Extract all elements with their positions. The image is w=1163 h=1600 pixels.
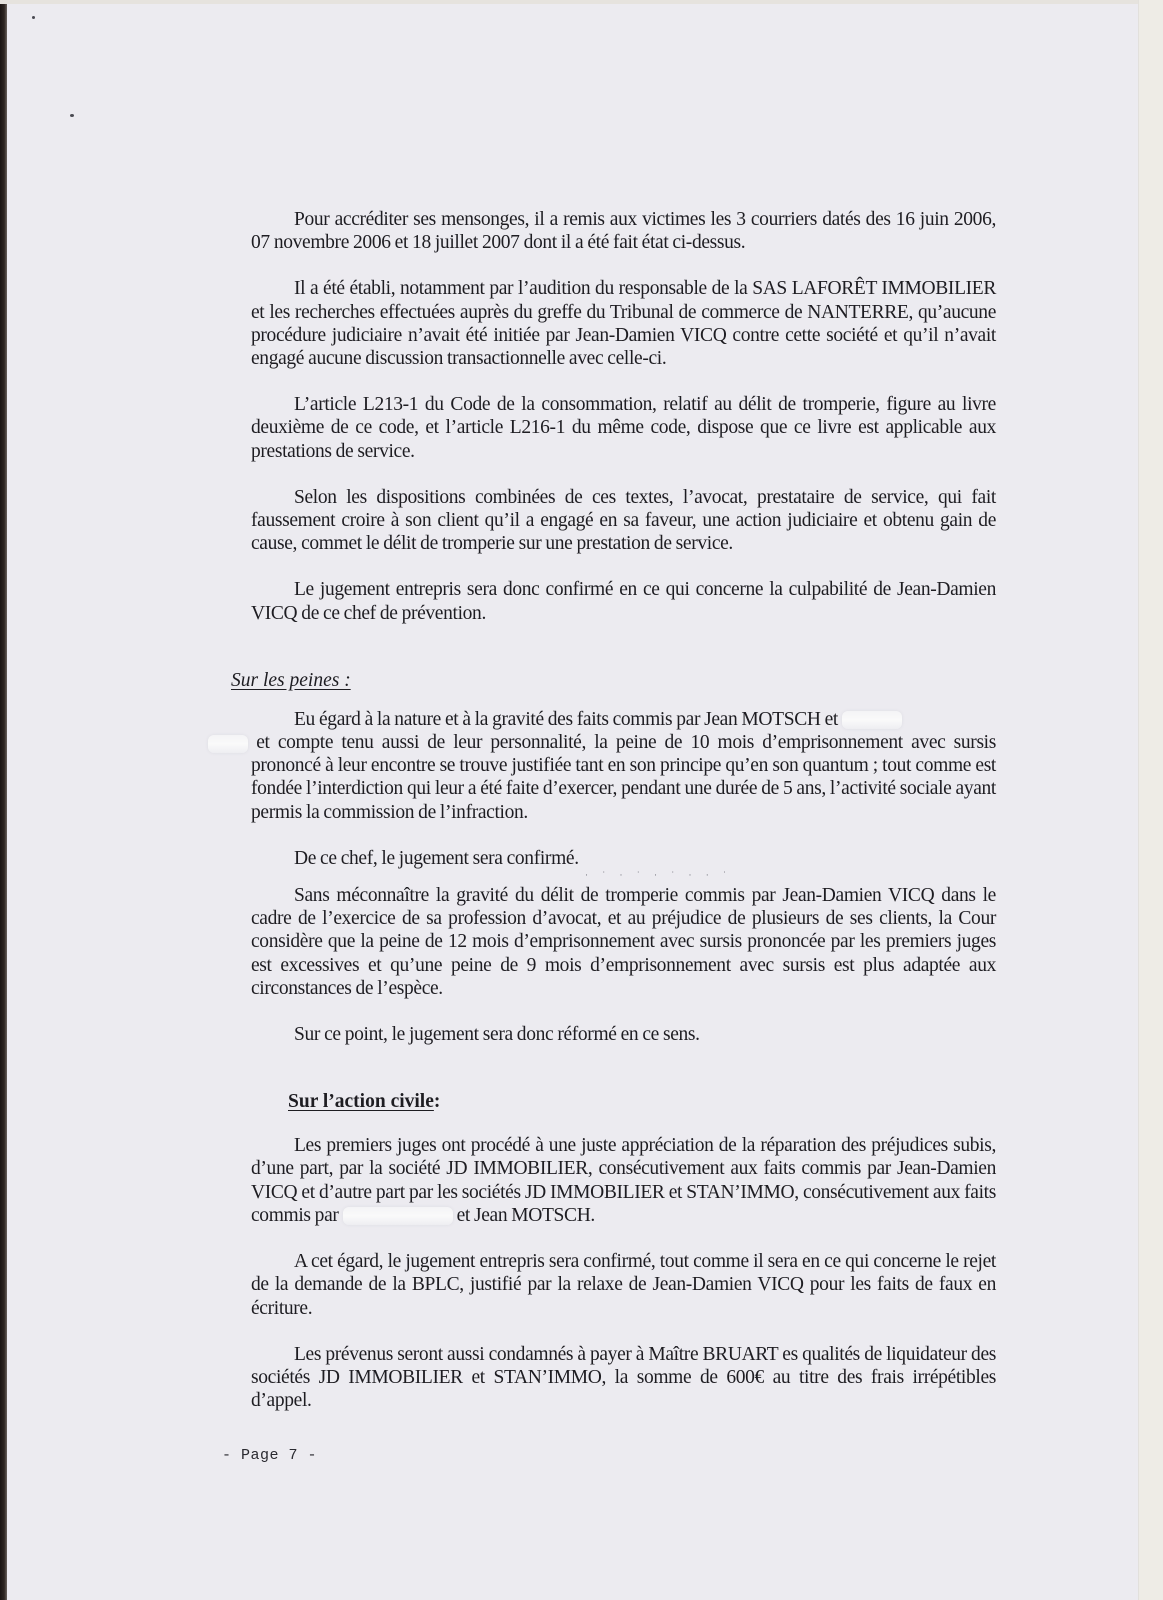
paragraph-peine-motsch-part2: et compte tenu aussi de leur personnalit… bbox=[251, 732, 996, 823]
paragraph-peine-motsch-part1: Eu égard à la nature et à la gravité des… bbox=[294, 709, 838, 730]
paragraph-culpabilite: Le jugement entrepris sera donc confirmé… bbox=[251, 578, 996, 624]
scan-speck bbox=[70, 114, 74, 117]
paragraph-prejudices-part2: et Jean MOTSCH. bbox=[457, 1205, 595, 1226]
scan-speck bbox=[32, 16, 35, 19]
document-page: Pour accréditer ses mensonges, il a remi… bbox=[251, 208, 996, 1412]
paragraph-reforme: Sur ce point, le jugement sera donc réfo… bbox=[251, 1023, 996, 1046]
paragraph-prejudices: Les premiers juges ont procédé à une jus… bbox=[251, 1134, 996, 1227]
paragraph-laforet: Il a été établi, notamment par l’auditio… bbox=[251, 277, 996, 370]
heading-colon: : bbox=[434, 1090, 441, 1113]
paragraph-courriers: Pour accréditer ses mensonges, il a remi… bbox=[251, 208, 996, 254]
section-heading-action-civile-label: Sur l’action civile bbox=[288, 1091, 434, 1112]
redacted-name bbox=[842, 711, 902, 729]
page-number: - Page 7 - bbox=[222, 1447, 317, 1464]
scan-noise: · ˙ · ˙ · ˙ · · ˙ bbox=[251, 870, 996, 884]
paragraph-peine-motsch: Eu égard à la nature et à la gravité des… bbox=[251, 708, 996, 824]
redacted-name bbox=[208, 735, 248, 753]
section-heading-action-civile: Sur l’action civile : bbox=[288, 1090, 996, 1113]
section-heading-peines: Sur les peines : bbox=[231, 669, 996, 692]
paragraph-bplc: A cet égard, le jugement entrepris sera … bbox=[251, 1250, 996, 1320]
scan-right-margin-band bbox=[1138, 0, 1163, 1600]
paragraph-dispositions: Selon les dispositions combinées de ces … bbox=[251, 486, 996, 556]
redacted-name bbox=[343, 1207, 453, 1225]
paragraph-article-l213: L’article L213-1 du Code de la consommat… bbox=[251, 393, 996, 463]
paragraph-peine-vicq: Sans méconnaître la gravité du délit de … bbox=[251, 884, 996, 1000]
scan-top-edge bbox=[0, 0, 1163, 4]
paragraph-chef-confirme: De ce chef, le jugement sera confirmé. bbox=[251, 847, 996, 870]
paragraph-frais-irrepetibles: Les prévenus seront aussi condamnés à pa… bbox=[251, 1343, 996, 1413]
scan-left-edge bbox=[0, 0, 7, 1600]
